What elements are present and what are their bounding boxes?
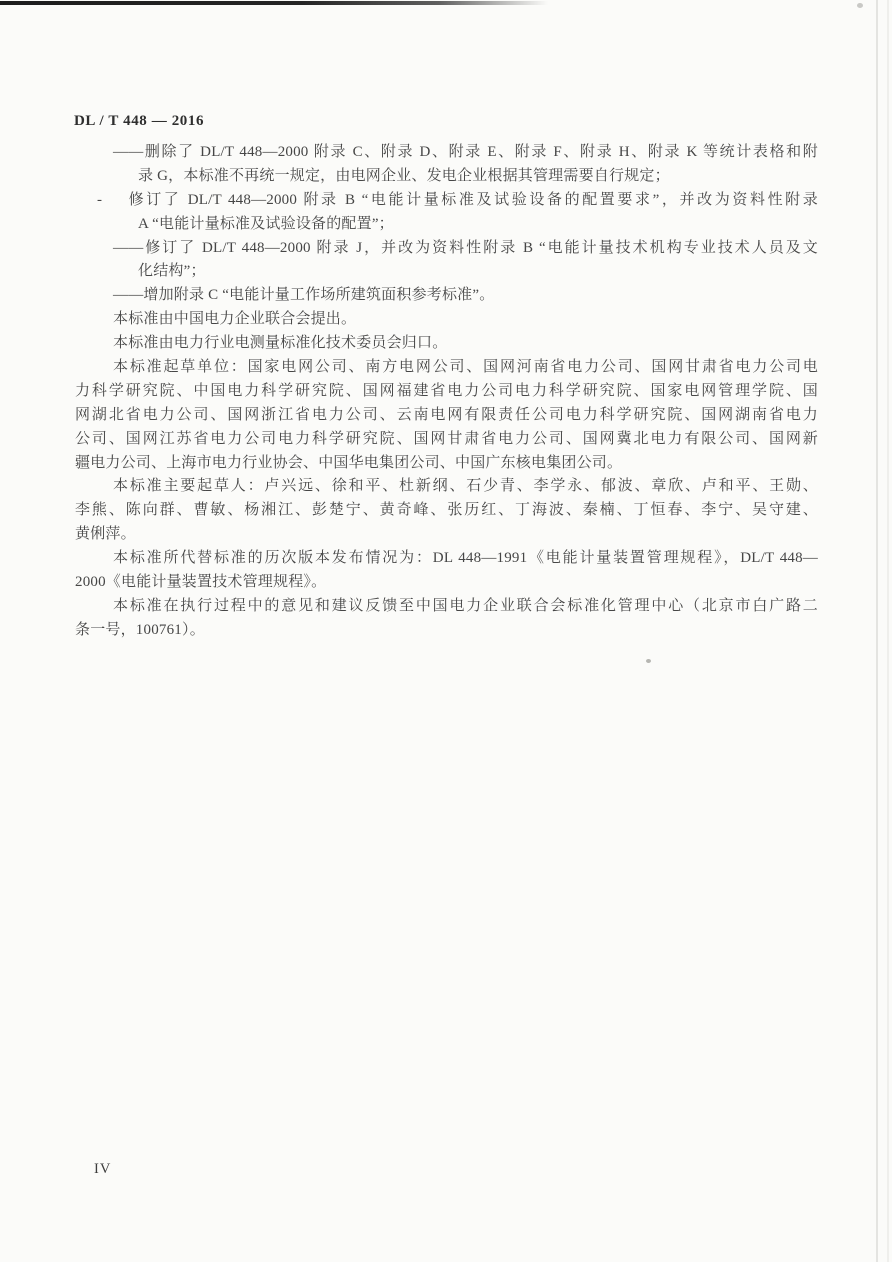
foreword-line: 录 G，本标准不再统一规定，由电网企业、发电企业根据其管理需要自行规定； xyxy=(75,165,818,189)
foreword-line: 网湖北省电力公司、国网浙江省电力公司、云南电网有限责任公司电力科学研究院、国网湖… xyxy=(75,404,818,428)
foreword-line: 条一号，100761）。 xyxy=(75,619,818,643)
foreword-line: 本标准起草单位：国家电网公司、南方电网公司、国网河南省电力公司、国网甘肃省电力公… xyxy=(75,356,818,380)
page-number: IV xyxy=(94,1161,111,1178)
foreword-line: 本标准所代替标准的历次版本发布情况为：DL 448—1991《电能计量装置管理规… xyxy=(75,547,818,571)
scan-artifact-paper-edge xyxy=(887,0,889,1262)
foreword-line: - 修订了 DL/T 448—2000 附录 B “电能计量标准及试验设备的配置… xyxy=(75,189,818,213)
foreword-line: 力科学研究院、中国电力科学研究院、国网福建省电力公司电力科学研究院、国家电网管理… xyxy=(75,380,818,404)
scan-speck-top xyxy=(857,3,863,8)
foreword-line: 李熊、陈向群、曹敏、杨湘江、彭楚宁、黄奇峰、张历红、丁海波、秦楠、丁恒春、李宁、… xyxy=(75,499,818,523)
foreword-line: 本标准主要起草人：卢兴远、徐和平、杜新纲、石少青、李学永、郁波、章欣、卢和平、王… xyxy=(75,475,818,499)
scanned-document-page: DL / T 448 — 2016 ——删除了 DL/T 448—2000 附录… xyxy=(0,0,892,1262)
foreword-line: 2000《电能计量装置技术管理规程》。 xyxy=(75,571,818,595)
foreword-line: 公司、国网江苏省电力公司电力科学研究院、国网甘肃省电力公司、国网冀北电力有限公司… xyxy=(75,428,818,452)
scan-speck-middle xyxy=(646,659,651,663)
foreword-line: 本标准在执行过程中的意见和建议反馈至中国电力企业联合会标准化管理中心（北京市白广… xyxy=(75,595,818,619)
foreword-line: 本标准由电力行业电测量标准化技术委员会归口。 xyxy=(75,332,818,356)
foreword-line: ——修订了 DL/T 448—2000 附录 J，并改为资料性附录 B “电能计… xyxy=(75,237,818,261)
foreword-line: ——删除了 DL/T 448—2000 附录 C、附录 D、附录 E、附录 F、… xyxy=(75,141,818,165)
foreword-line: ——增加附录 C “电能计量工作场所建筑面积参考标准”。 xyxy=(75,284,818,308)
foreword-body: ——删除了 DL/T 448—2000 附录 C、附录 D、附录 E、附录 F、… xyxy=(75,141,818,643)
scan-artifact-right-edge-line xyxy=(876,0,878,1262)
foreword-line: 化结构”； xyxy=(75,260,818,284)
foreword-line: A “电能计量标准及试验设备的配置”； xyxy=(75,213,818,237)
standard-code-header: DL / T 448 — 2016 xyxy=(74,113,204,130)
scan-artifact-top-line xyxy=(0,1,548,5)
foreword-line: 本标准由中国电力企业联合会提出。 xyxy=(75,308,818,332)
foreword-line: 疆电力公司、上海市电力行业协会、中国华电集团公司、中国广东核电集团公司。 xyxy=(75,452,818,476)
foreword-line: 黄俐萍。 xyxy=(75,523,818,547)
